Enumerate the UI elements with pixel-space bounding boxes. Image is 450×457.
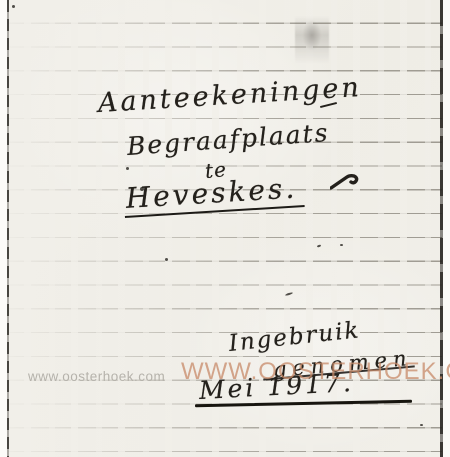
ink-speck [420, 424, 423, 426]
page-border-right [440, 0, 443, 457]
page-border-left [7, 0, 9, 457]
ink-speck [165, 258, 168, 261]
watermark-small: www.oosterhoek.com [28, 370, 165, 384]
ink-blot [330, 171, 364, 197]
scanned-document-page: Aanteekeningen Begraafplaats te Heveskes… [0, 0, 450, 457]
watermark-large: WWW.OOSTERHOEK.COM [181, 360, 450, 384]
scan-margin-right [443, 0, 450, 457]
scan-margin-left [0, 0, 7, 457]
ink-speck [126, 167, 129, 170]
ink-smudge [295, 16, 329, 64]
ink-speck [340, 244, 343, 246]
ink-speck [12, 5, 15, 8]
